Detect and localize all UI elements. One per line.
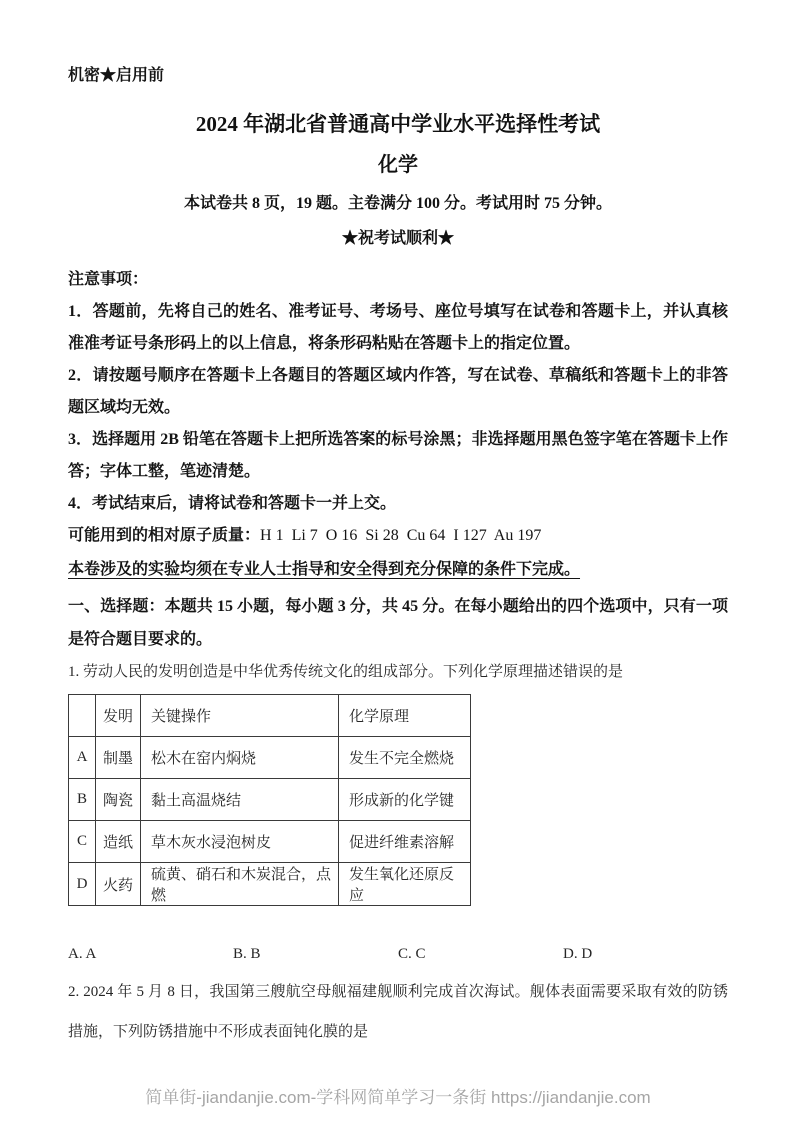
- table-cell-letter: A: [69, 737, 96, 779]
- table-cell-invention: 制墨: [96, 737, 141, 779]
- atomic-mass-line: 可能用到的相对原子质量：H 1 Li 7 O 16 Si 28 Cu 64 I …: [68, 520, 728, 552]
- table-cell-letter: D: [69, 863, 96, 906]
- table-cell-principle: 形成新的化学键: [339, 779, 471, 821]
- table-row: D 火药 硫黄、硝石和木炭混合，点燃 发生氧化还原反应: [69, 863, 471, 906]
- table-cell-operation: 草木灰水浸泡树皮: [141, 821, 339, 863]
- table-cell-principle: 发生不完全燃烧: [339, 737, 471, 779]
- table-cell-operation: 黏土高温烧结: [141, 779, 339, 821]
- watermark-footer: 简单街-jiandanjie.com-学科网简单学习一条街 https://ji…: [68, 1086, 728, 1110]
- question-1-options: A. A B. B C. C D. D: [68, 944, 728, 964]
- question-1-stem: 1. 劳动人民的发明创造是中华优秀传统文化的组成部分。下列化学原理描述错误的是: [68, 660, 728, 684]
- notice-heading: 注意事项：: [68, 264, 728, 296]
- table-row: A 制墨 松木在窑内焖烧 发生不完全燃烧: [69, 737, 471, 779]
- table-cell-letter: C: [69, 821, 96, 863]
- option-a: A. A: [68, 944, 233, 964]
- table-cell-operation: 硫黄、硝石和木炭混合，点燃: [141, 863, 339, 906]
- notice-item-3: 3．选择题用 2B 铅笔在答题卡上把所选答案的标号涂黑；非选择题用黑色签字笔在答…: [68, 424, 728, 488]
- table-cell-operation: 松木在窑内焖烧: [141, 737, 339, 779]
- section-one-heading: 一、选择题：本题共 15 小题，每小题 3 分，共 45 分。在每小题给出的四个…: [68, 590, 728, 656]
- table-header-cell-operation: 关键操作: [141, 695, 339, 737]
- table-cell-invention: 陶瓷: [96, 779, 141, 821]
- table-row: B 陶瓷 黏土高温烧结 形成新的化学键: [69, 779, 471, 821]
- table-cell-principle: 促进纤维素溶解: [339, 821, 471, 863]
- table-cell-letter: B: [69, 779, 96, 821]
- table-cell-invention: 造纸: [96, 821, 141, 863]
- table-row: C 造纸 草木灰水浸泡树皮 促进纤维素溶解: [69, 821, 471, 863]
- notice-item-1: 1．答题前，先将自己的姓名、准考证号、考场号、座位号填写在试卷和答题卡上，并认真…: [68, 296, 728, 360]
- table-header-cell-invention: 发明: [96, 695, 141, 737]
- option-b: B. B: [233, 944, 398, 964]
- exam-info: 本试卷共 8 页，19 题。主卷满分 100 分。考试用时 75 分钟。: [68, 193, 728, 215]
- option-c: C. C: [398, 944, 563, 964]
- exam-paper-page: 机密★启用前 2024 年湖北省普通高中学业水平选择性考试 化学 本试卷共 8 …: [0, 0, 793, 1122]
- question-1-table: 发明 关键操作 化学原理 A 制墨 松木在窑内焖烧 发生不完全燃烧 B 陶瓷 黏…: [68, 694, 471, 906]
- table-cell-invention: 火药: [96, 863, 141, 906]
- atomic-mass-label: 可能用到的相对原子质量：: [68, 527, 260, 544]
- safety-note: 本卷涉及的实验均须在专业人士指导和安全得到充分保障的条件下完成。: [68, 554, 728, 586]
- question-2-stem: 2. 2024 年 5 月 8 日，我国第三艘航空母舰福建舰顺利完成首次海试。舰…: [68, 972, 728, 1052]
- exam-title: 2024 年湖北省普通高中学业水平选择性考试: [68, 110, 728, 138]
- option-d: D. D: [563, 944, 728, 964]
- table-header-cell-blank: [69, 695, 96, 737]
- notice-item-2: 2．请按题号顺序在答题卡上各题目的答题区域内作答，写在试卷、草稿纸和答题卡上的非…: [68, 360, 728, 424]
- table-cell-principle: 发生氧化还原反应: [339, 863, 471, 906]
- notice-item-4: 4．考试结束后，请将试卷和答题卡一并上交。: [68, 488, 728, 520]
- table-header-row: 发明 关键操作 化学原理: [69, 695, 471, 737]
- table-header-cell-principle: 化学原理: [339, 695, 471, 737]
- atomic-mass-values: H 1 Li 7 O 16 Si 28 Cu 64 I 127 Au 197: [260, 527, 541, 544]
- confidential-label: 机密★启用前: [68, 66, 728, 86]
- exam-subject: 化学: [68, 152, 728, 179]
- exam-wish: ★祝考试顺利★: [68, 229, 728, 249]
